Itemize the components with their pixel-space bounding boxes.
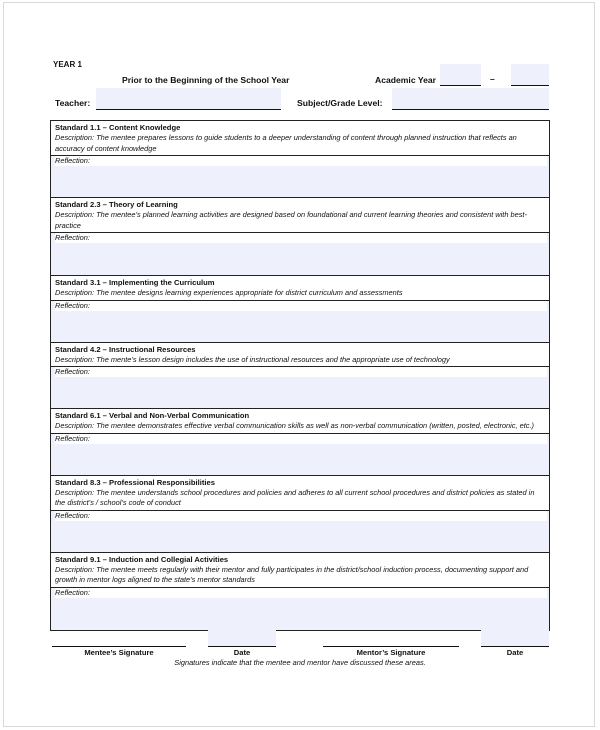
teacher-field[interactable] <box>96 88 281 110</box>
mentee-date-field[interactable] <box>208 626 276 646</box>
standard-section: Standard 9.1 – Induction and Collegial A… <box>51 553 549 630</box>
standard-section: Standard 6.1 – Verbal and Non-Verbal Com… <box>51 409 549 476</box>
year-label: YEAR 1 <box>53 60 82 69</box>
standard-description: Description: The mentee understands scho… <box>55 488 545 509</box>
reflection-field[interactable]: Reflection: <box>51 434 549 476</box>
reflection-field[interactable]: Reflection: <box>51 367 549 409</box>
standard-description: Description: The mentee demonstrates eff… <box>55 421 545 432</box>
academic-year-separator: – <box>490 74 495 84</box>
standard-section: Standard 8.3 – Professional Responsibili… <box>51 476 549 553</box>
standard-title: Standard 4.2 – Instructional Resources <box>55 345 545 355</box>
mentor-signature-line[interactable] <box>323 646 459 647</box>
subject-grade-field[interactable] <box>392 88 549 110</box>
standard-description: Description: The mente’s lesson design i… <box>55 355 545 366</box>
reflection-field[interactable]: Reflection: <box>51 588 549 630</box>
mentor-date-field[interactable] <box>481 626 549 646</box>
standards-table: Standard 1.1 – Content Knowledge Descrip… <box>50 120 550 631</box>
academic-year-label: Academic Year <box>375 75 436 85</box>
standard-description: Description: The mentee’s planned learni… <box>55 210 545 231</box>
standard-section: Standard 3.1 – Implementing the Curricul… <box>51 276 549 343</box>
mentee-date-label: Date <box>208 648 276 657</box>
mentee-signature-line[interactable] <box>52 646 186 647</box>
standard-title: Standard 8.3 – Professional Responsibili… <box>55 478 545 488</box>
academic-year-end-field[interactable] <box>511 64 549 86</box>
reflection-label: Reflection: <box>55 434 547 444</box>
reflection-field[interactable]: Reflection: <box>51 301 549 343</box>
standard-section: Standard 2.3 – Theory of Learning Descri… <box>51 198 549 276</box>
reflection-field[interactable]: Reflection: <box>51 156 549 198</box>
standard-header: Standard 6.1 – Verbal and Non-Verbal Com… <box>51 409 549 434</box>
standard-title: Standard 6.1 – Verbal and Non-Verbal Com… <box>55 411 545 421</box>
standard-header: Standard 3.1 – Implementing the Curricul… <box>51 276 549 301</box>
reflection-label: Reflection: <box>55 511 547 521</box>
standard-section: Standard 4.2 – Instructional Resources D… <box>51 343 549 410</box>
standard-header: Standard 9.1 – Induction and Collegial A… <box>51 553 549 588</box>
standard-title: Standard 1.1 – Content Knowledge <box>55 123 545 133</box>
reflection-label: Reflection: <box>55 233 547 243</box>
reflection-label: Reflection: <box>55 588 547 598</box>
standard-title: Standard 3.1 – Implementing the Curricul… <box>55 278 545 288</box>
standard-description: Description: The mentee designs learning… <box>55 288 545 299</box>
mentee-signature-label: Mentee’s Signature <box>52 648 186 657</box>
reflection-label: Reflection: <box>55 367 547 377</box>
reflection-label: Reflection: <box>55 156 547 166</box>
mentor-date-line <box>481 646 549 647</box>
standard-title: Standard 9.1 – Induction and Collegial A… <box>55 555 545 565</box>
reflection-label: Reflection: <box>55 301 547 311</box>
teacher-label: Teacher: <box>55 98 90 108</box>
standard-title: Standard 2.3 – Theory of Learning <box>55 200 545 210</box>
standard-header: Standard 8.3 – Professional Responsibili… <box>51 476 549 511</box>
academic-year-start-field[interactable] <box>440 64 481 86</box>
standard-header: Standard 2.3 – Theory of Learning Descri… <box>51 198 549 233</box>
standard-section: Standard 1.1 – Content Knowledge Descrip… <box>51 121 549 198</box>
standard-description: Description: The mentee meets regularly … <box>55 565 545 586</box>
signature-note: Signatures indicate that the mentee and … <box>0 658 600 667</box>
mentee-date-line <box>208 646 276 647</box>
subject-grade-label: Subject/Grade Level: <box>297 98 383 108</box>
mentor-date-label: Date <box>481 648 549 657</box>
standard-description: Description: The mentee prepares lessons… <box>55 133 545 154</box>
standard-header: Standard 1.1 – Content Knowledge Descrip… <box>51 121 549 156</box>
mentor-signature-label: Mentor’s Signature <box>323 648 459 657</box>
standard-header: Standard 4.2 – Instructional Resources D… <box>51 343 549 368</box>
reflection-field[interactable]: Reflection: <box>51 233 549 276</box>
period-title: Prior to the Beginning of the School Yea… <box>122 75 289 85</box>
reflection-field[interactable]: Reflection: <box>51 511 549 553</box>
